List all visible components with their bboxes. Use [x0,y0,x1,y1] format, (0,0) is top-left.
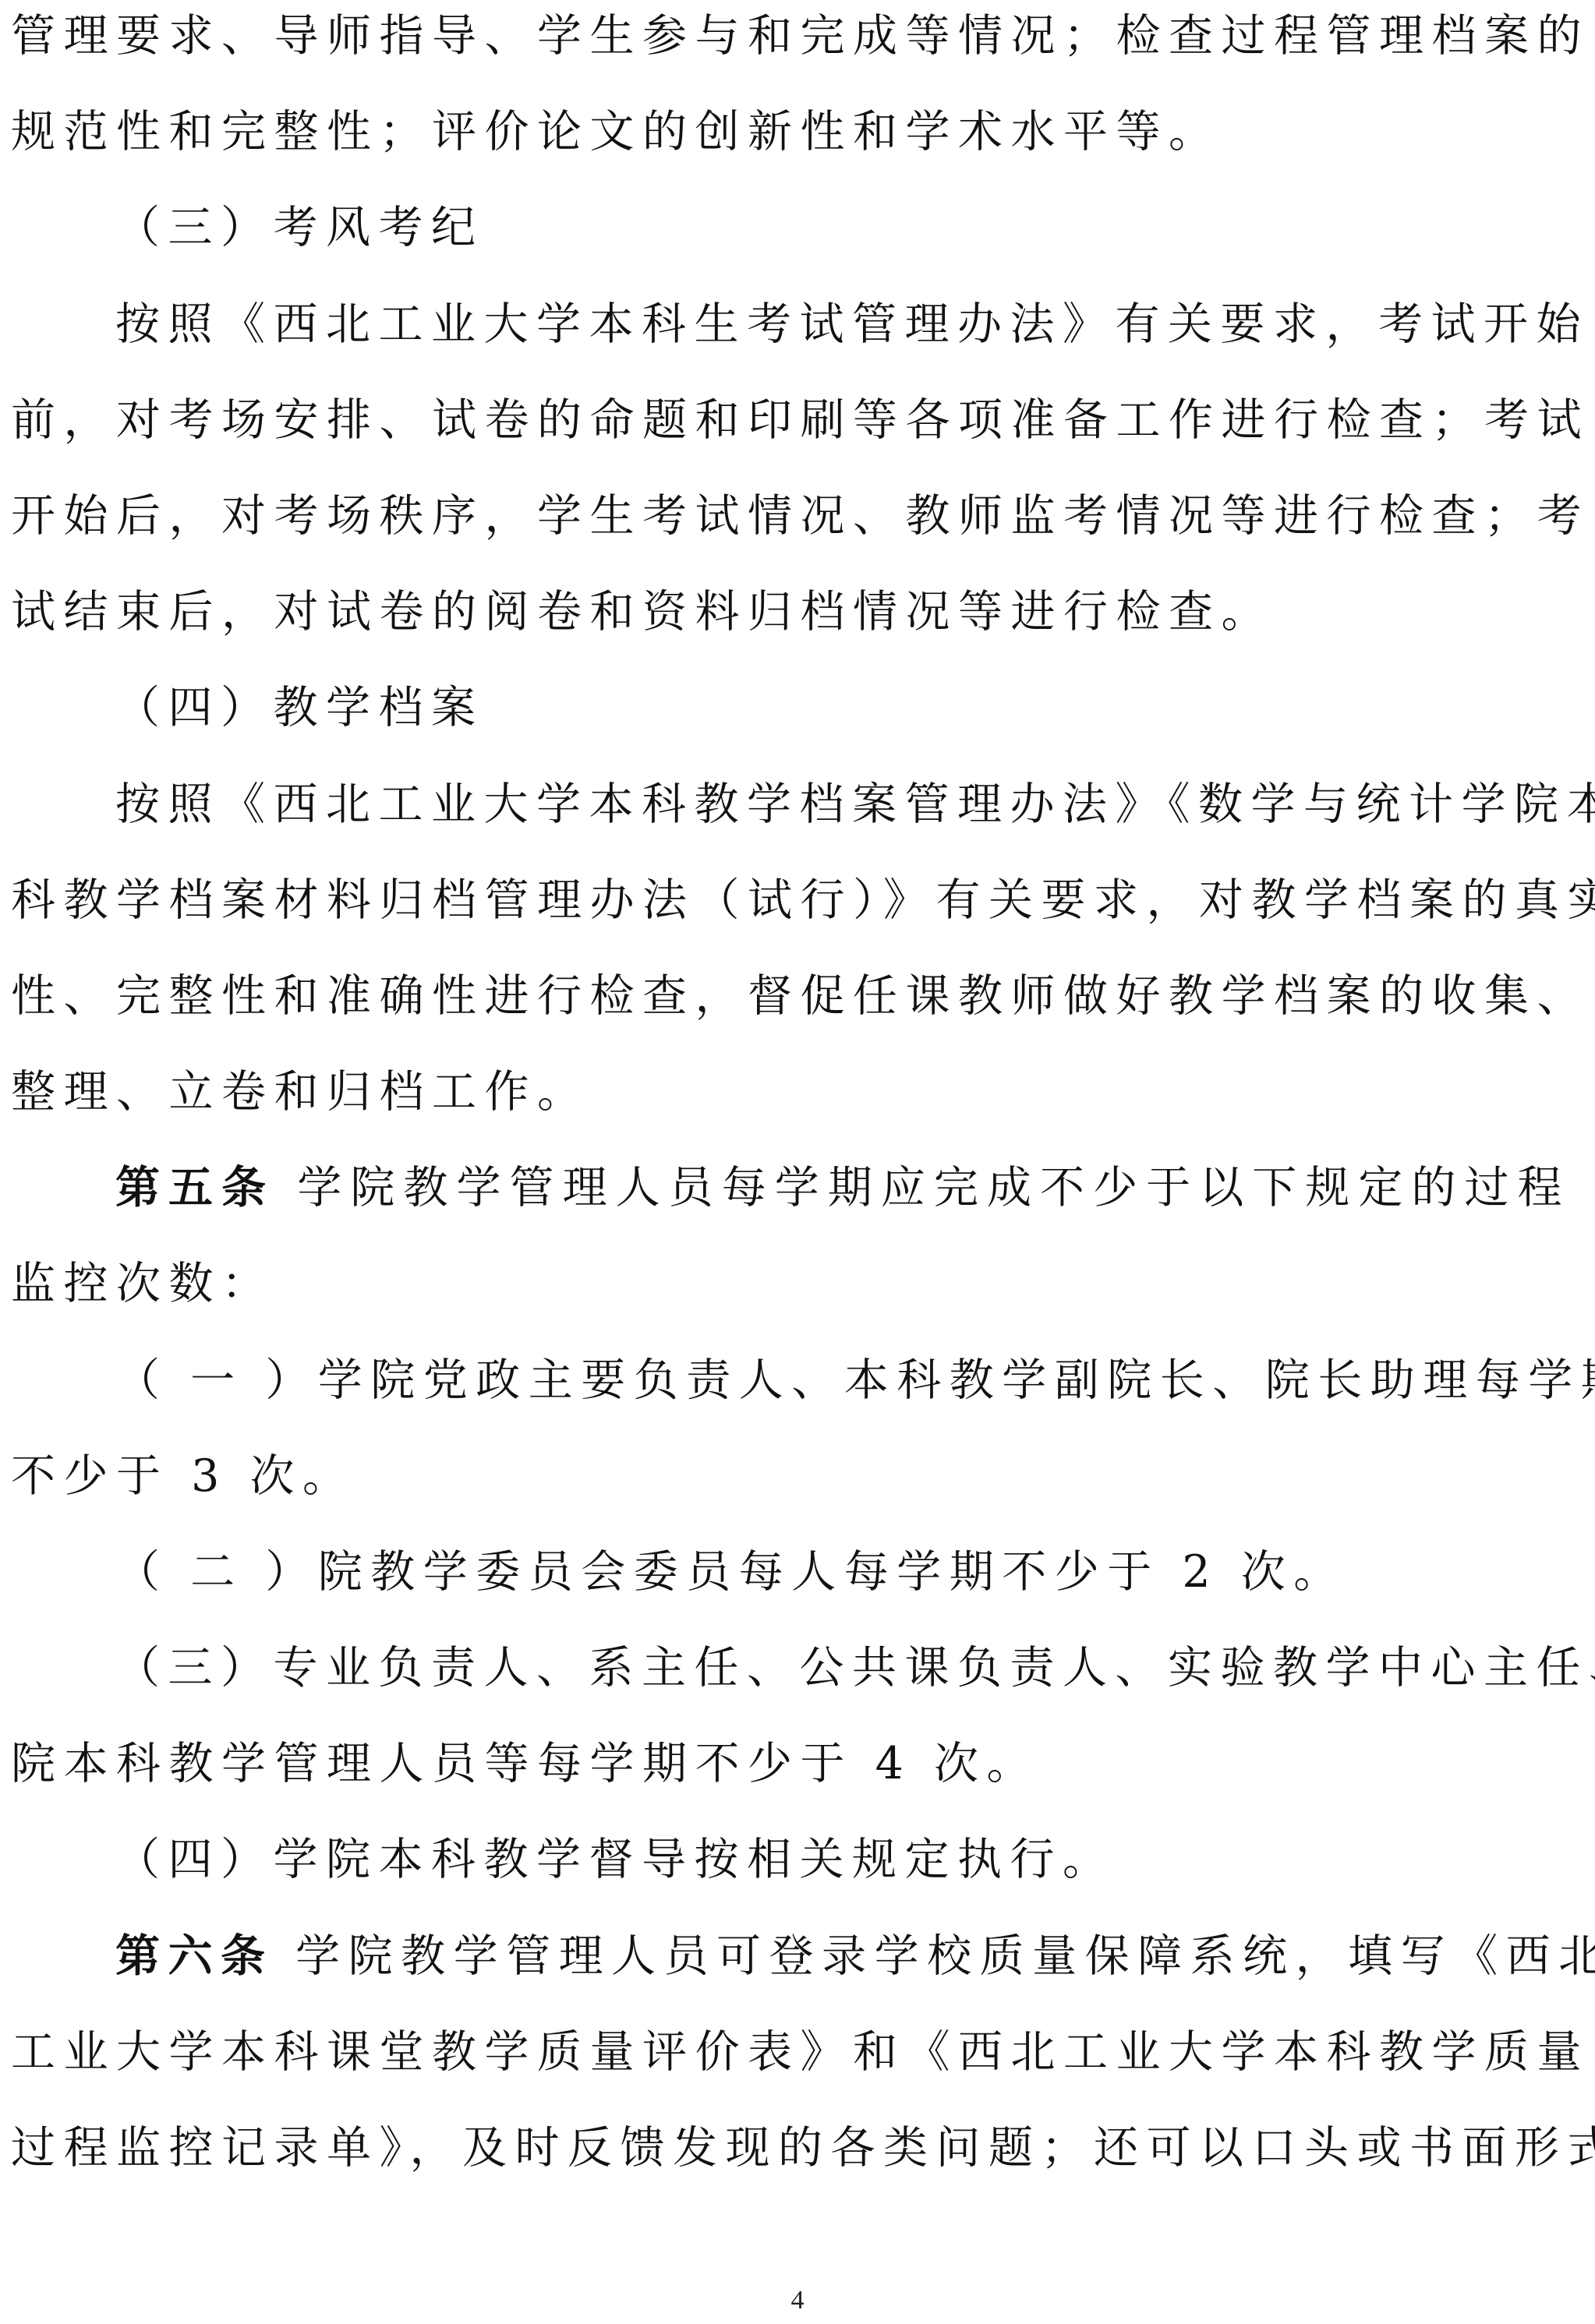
section-heading-teaching-archives: （四）教学档案 [115,676,1570,739]
list-item: （四）学院本科教学督导按相关规定执行。 [115,1828,1570,1891]
text-line: 管理要求、导师指导、学生参与和完成等情况；检查过程管理档案的 [11,5,1570,67]
text-line: 院本科教学管理人员等每学期不少于 4 次。 [11,1732,1570,1795]
text-line: 不少于 3 次。 [11,1445,1570,1507]
text-line: 规范性和完整性；评价论文的创新性和学术水平等。 [11,101,1570,163]
text-line: 按照《西北工业大学本科教学档案管理办法》《数学与统计学院本 [115,773,1570,835]
article-5-label: 第五条 [115,1161,274,1213]
article-6-label: 第六条 [115,1930,274,1982]
article-5-text: 学院教学管理人员每学期应完成不少于以下规定的过程 [274,1162,1570,1213]
text-line: 性、完整性和准确性进行检查，督促任课教师做好教学档案的收集、 [11,965,1570,1027]
article-5-line: 第五条 学院教学管理人员每学期应完成不少于以下规定的过程 [115,1157,1570,1219]
article-6-text: 学院教学管理人员可登录学校质量保障系统，填写《西北 [274,1930,1595,1982]
document-page: 管理要求、导师指导、学生参与和完成等情况；检查过程管理档案的 规范性和完整性；评… [0,0,1595,2324]
page-number: 4 [780,2285,815,2316]
list-item: （ 一 ）学院党政主要负责人、本科教学副院长、院长助理每学期 [115,1349,1570,1411]
text-line: 工业大学本科课堂教学质量评价表》和《西北工业大学本科教学质量 [11,2021,1570,2083]
text-line: 试结束后，对试卷的阅卷和资料归档情况等进行检查。 [11,581,1570,643]
list-item: （ 二 ）院教学委员会委员每人每学期不少于 2 次。 [115,1541,1570,1603]
list-item: （三）专业负责人、系主任、公共课负责人、实验教学中心主任、 [115,1637,1570,1699]
text-line: 过程监控记录单》，及时反馈发现的各类问题；还可以口头或书面形式 [11,2117,1570,2179]
text-line: 监控次数： [11,1252,1570,1315]
text-line: 科教学档案材料归档管理办法（试行）》有关要求，对教学档案的真实 [11,869,1570,931]
article-6-line: 第六条 学院教学管理人员可登录学校质量保障系统，填写《西北 [115,1925,1570,1987]
text-line: 前，对考场安排、试卷的命题和印刷等各项准备工作进行检查；考试 [11,389,1570,451]
section-heading-exam-discipline: （三）考风考纪 [115,196,1570,259]
text-line: 整理、立卷和归档工作。 [11,1061,1570,1123]
text-line: 开始后，对考场秩序，学生考试情况、教师监考情况等进行检查；考 [11,485,1570,547]
text-line: 按照《西北工业大学本科生考试管理办法》有关要求，考试开始 [115,293,1570,355]
